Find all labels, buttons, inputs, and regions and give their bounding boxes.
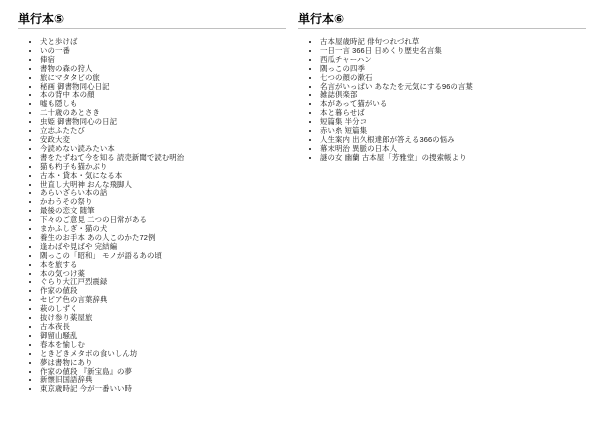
book-list-tankobon-6: 古本屋歳時記 俳句つれづれ草一日一言 366日 日めくり歴史名言集西瓜チャーハン… — [298, 38, 586, 163]
book-list-tankobon-5: 犬と歩けばいの一番俥宿書物の森の狩人旅にマタタビの旅秘画 御書物同心日記本の背中… — [18, 38, 286, 394]
section-title-tankobon-6: 単行本⑥ — [298, 13, 586, 29]
section-title-tankobon-5: 単行本⑤ — [18, 13, 286, 29]
book-item: 謎の女 幽蘭 古本屋「芳雅堂」の捜索帳より — [320, 154, 586, 163]
section-tankobon-6: 単行本⑥ 古本屋歳時記 俳句つれづれ草一日一言 366日 日めくり歴史名言集西瓜… — [298, 13, 586, 163]
section-tankobon-5: 単行本⑤ 犬と歩けばいの一番俥宿書物の森の狩人旅にマタタビの旅秘画 御書物同心日… — [18, 13, 286, 394]
book-item: いの一番 — [40, 47, 286, 56]
book-item: 抜け参り薬屋旅 — [40, 314, 286, 323]
book-item: 東京歳時記 今が一番いい時 — [40, 385, 286, 394]
book-item: 名言がいっぱい あなたを元気にする96の言葉 — [320, 83, 586, 92]
book-item: 犬と歩けば — [40, 38, 286, 47]
book-item: 立志ふたたび — [40, 127, 286, 136]
document-page: 単行本⑤ 犬と歩けばいの一番俥宿書物の森の狩人旅にマタタビの旅秘画 御書物同心日… — [0, 0, 600, 424]
